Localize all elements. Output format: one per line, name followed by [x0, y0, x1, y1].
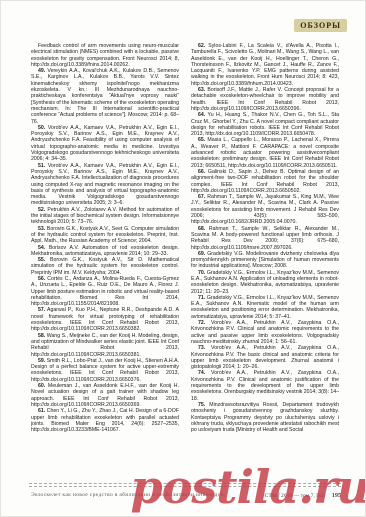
reference-item: 61. Chen Y., Li G., Zhu Y., Zhao J., Cai…: [31, 408, 179, 433]
footer-page-number: 195: [332, 492, 341, 499]
reference-item: 73. Vorob'ev A.A., Petrukhin A.V., Zasyp…: [191, 345, 339, 370]
reference-number: 74.: [198, 370, 205, 376]
reference-number: 54.: [38, 245, 45, 251]
reference-item: 50. Vorob'ev A.A., Kamaev V.A., Petrukhi…: [31, 125, 179, 163]
reference-number: 69.: [198, 251, 205, 257]
footer-journal-info: СТМ ∫ 2016 — том 7, №2 195: [265, 492, 341, 499]
reference-item: 59. Smith R.L., Lobo-Prat J., van der Ko…: [31, 358, 179, 383]
reference-item: 54. Borisov A.V. Automation of rod exosk…: [31, 245, 179, 258]
reference-item: 72. Vorob'ev A.A., Petrukhin A.V., Zasyp…: [191, 320, 339, 345]
references-column-right: 62. Sylos-Labini F., La Scaleia V., d'Av…: [191, 43, 339, 481]
reference-item: 68. Rahman T., Sample W., Seliktar R., A…: [191, 226, 339, 251]
reference-number: 61.: [38, 408, 45, 414]
reference-number: 49.: [38, 68, 45, 74]
reference-number: 70.: [198, 270, 205, 276]
reference-item: 66. Galinski D., Sapin J., Dehez B. Opti…: [191, 169, 339, 194]
reference-text: Borovin G.K., Kostyuk A.V., Seet G. Comp…: [31, 226, 179, 245]
reference-text: Cortés C., Ardanza A., Molina-Rueda F., …: [31, 276, 179, 307]
reference-text: Chen Y., Li G., Zhu Y., Zhao J., Cai H. …: [31, 408, 179, 433]
reference-text: Rahman T., Sample W., Jayakumar S., King…: [191, 194, 339, 225]
reference-item: 62. Sylos-Labini F., La Scaleia V., d'Av…: [191, 43, 339, 87]
footer-divider: [29, 483, 341, 487]
reference-item: 49. Vereykin A.A., Koval'chuk A.K., Kula…: [31, 68, 179, 125]
reference-item: 70. Gradetskiy V.G., Ermolov I.L., Knyaz…: [191, 270, 339, 295]
reference-text: Vorob'ev A.A., Kamaev V.A., Petrukhin A.…: [31, 163, 179, 207]
reference-item: 55. Borovin G.K., Kostyuk A.V., Sit D. M…: [31, 257, 179, 276]
reference-text: Gradetskiy V.G., Ermolov I.L., Knyaz'kov…: [191, 295, 339, 320]
reference-text: Vorob'ev A.A., Kamaev V.A., Petrukhin A.…: [31, 125, 179, 162]
reference-number: 57.: [38, 307, 45, 313]
reference-text: Vereykin A.A., Koval'chuk A.K., Kulakov …: [31, 68, 179, 124]
reference-number: 66.: [198, 169, 205, 175]
reference-text: Agarwal P., Kuo P.H., Neptune R.R., Desh…: [31, 307, 179, 332]
reference-text: Feedback control of arm movements using …: [31, 43, 179, 68]
reference-item: 56. Cortés C., Ardanza A., Molina-Rueda …: [31, 276, 179, 307]
reference-text: Galinski D., Sapin J., Dehez B. Optimal …: [191, 169, 339, 194]
reference-text: Sylos-Labini F., La Scaleia V., d'Avella…: [191, 43, 339, 87]
reference-item: 51. Vorob'ev A.A., Kamaev V.A., Petrukhi…: [31, 163, 179, 207]
reference-number: 50.: [38, 125, 45, 131]
journal-review-page: ОБЗОРЫ Feedback control of arm movements…: [0, 0, 366, 517]
reference-text: Gradetskiy V.G., Ermolov I.L., Knyaz'kov…: [191, 270, 339, 295]
reference-text: Vorob'ev A.A., Petrukhin A.V., Zasypkina…: [191, 345, 339, 370]
reference-number: 55.: [38, 257, 45, 263]
reference-number: 62.: [198, 43, 205, 49]
reference-text: Petrukhin A.V., Zolotarev A.V. Method fo…: [31, 207, 179, 226]
reference-text: Vorob'ev A.A., Petrukhin A.V., Zasypkina…: [191, 370, 339, 401]
reference-number: 68.: [198, 226, 205, 232]
reference-item: 58. Wang S., Meijneke C., van der Kooij …: [31, 333, 179, 358]
reference-text: Vorob'ev A.A., Petrukhin A.V., Zasypkina…: [191, 320, 339, 345]
reference-item: 63. Borisoff J.F., Mattie J., Rafer V. C…: [191, 87, 339, 112]
reference-number: 53.: [38, 226, 45, 232]
reference-item: 75. Minzdravsotsrazvitiya Rossii, Depart…: [191, 402, 339, 433]
reference-text: Borovin G.K., Kostyuk A.V., Sit D. Mathe…: [31, 257, 179, 276]
reference-number: 71.: [198, 295, 205, 301]
reference-item: 69. Gradetskiy V.G. Modelirovanie dvizhe…: [191, 251, 339, 270]
reference-number: 52.: [38, 207, 45, 213]
reference-text: Minzdravsotsrazvitiya Rossii, Departamen…: [191, 402, 339, 433]
reference-text: Wang S., Meijneke C., van der Kooij H. M…: [31, 333, 179, 358]
reference-number: 63.: [198, 87, 205, 93]
reference-text: Borisoff J.F., Mattie J., Rafer V. Conce…: [191, 87, 339, 112]
reference-text: Rahman T., Sample W., Seliktar R., Alexa…: [191, 226, 339, 251]
reference-item: 67. Rahman T., Sample W., Jayakumar S., …: [191, 194, 339, 225]
reference-number: 64.: [198, 112, 205, 118]
reference-text: Smith R.L., Lobo-Prat J., van der Kooij …: [31, 358, 179, 383]
reference-number: 65.: [198, 137, 205, 143]
reference-number: 56.: [38, 276, 45, 282]
reference-item: 64. Yu H., Huang S., Thakor N.V., Chen G…: [191, 112, 339, 137]
reference-number: 59.: [38, 358, 45, 364]
reference-number: 72.: [198, 320, 205, 326]
reference-item: Feedback control of arm movements using …: [31, 43, 179, 68]
reference-item: 57. Agarwal P., Kuo P.H., Neptune R.R., …: [31, 307, 179, 332]
reference-item: 65. Masia L., Cappello L., Morasso P., L…: [191, 137, 339, 168]
reference-text: Gradetskiy V.G. Modelirovanie dvizheniy …: [191, 251, 339, 270]
reference-item: 53. Borovin G.K., Kostyuk A.V., Seet G. …: [31, 226, 179, 245]
footer-article-title: Экзоскелет как новое средство в абилитац…: [31, 492, 224, 498]
references-column-left: Feedback control of arm movements using …: [31, 43, 179, 481]
reference-number: 58.: [38, 333, 45, 339]
reference-item: 52. Petrukhin A.V., Zolotarev A.V. Metho…: [31, 207, 179, 226]
reference-number: 60.: [38, 383, 45, 389]
reference-number: 67.: [198, 194, 205, 200]
reference-text: Meuleman J., van Asseldonk E.H.F., van d…: [31, 383, 179, 408]
reference-number: 75.: [198, 402, 205, 408]
references-list: Feedback control of arm movements using …: [31, 43, 339, 481]
reference-number: 51.: [38, 163, 45, 169]
reference-item: 60. Meuleman J., van Asseldonk E.H.F., v…: [31, 383, 179, 408]
footer-journal-issue: СТМ ∫ 2016 — том 7, №2: [265, 493, 325, 499]
reference-text: Masia L., Cappello L., Morasso P., Lache…: [191, 137, 339, 168]
reference-text: Yu H., Huang S., Thakor N.V., Chen G., T…: [191, 112, 339, 137]
reference-item: 71. Gradetskiy V.G., Ermolov I.L., Knyaz…: [191, 295, 339, 320]
reference-number: 73.: [198, 345, 205, 351]
section-label-obzory: ОБЗОРЫ: [294, 19, 347, 32]
reference-item: 74. Vorob'ev A.A., Petrukhin A.V., Zasyp…: [191, 370, 339, 401]
reference-text: Borisov A.V. Automation of rod exoskelet…: [31, 245, 179, 257]
